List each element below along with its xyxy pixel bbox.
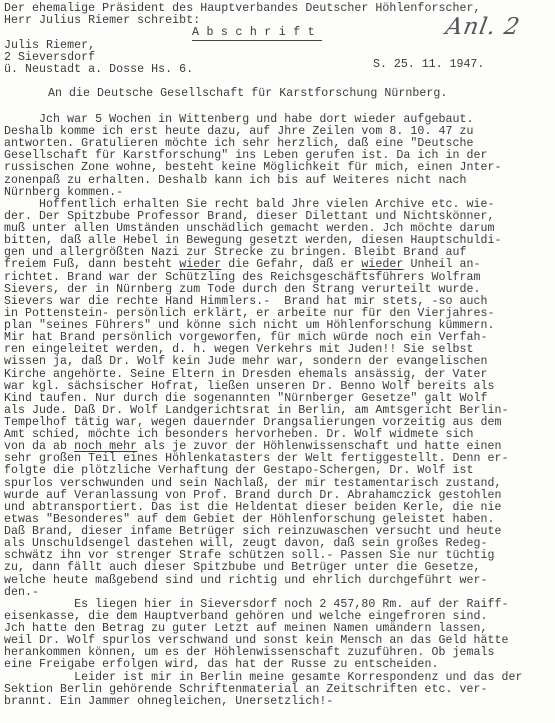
body-line: Sektion Berlin gehörende Schriftenmateri…: [4, 684, 488, 696]
body-line: folgte die plötzliche Verhaftung der Ges…: [4, 465, 474, 477]
header-line: Herr Julius Riemer schreibt:: [4, 15, 200, 27]
body-line: Kind taufen. Nur durch die sogenannten "…: [4, 393, 488, 405]
body-line: welche heute maßgebend sind und richtig …: [4, 575, 488, 587]
sender-address-line2: ü. Neustadt a. Dosse Hs. 6.: [4, 64, 193, 76]
underlined-phrase: wieder: [361, 258, 403, 271]
body-line: Nürnberg kommen.-: [4, 187, 123, 199]
body-line: eine Freigabe erfolgen wird, das hat der…: [4, 659, 438, 671]
body-line: spurlos verschwunden und sein Nachlaß, d…: [4, 478, 502, 490]
body-line: wurde auf Veranlassung von Prof. Brand d…: [4, 490, 502, 502]
body-line: den.-: [4, 587, 39, 599]
body-line: Kirche angehörte. Seine Eltern in Dresde…: [4, 369, 488, 381]
body-line: Sievers, der in Nürnberg zum Tode durch …: [4, 284, 481, 296]
body-line: richtet. Brand war der Schützling des Re…: [4, 272, 481, 284]
document-page: Der ehemalige Präsident des Hauptverband…: [0, 0, 555, 723]
recipient-line: An die Deutsche Gesellschaft für Karstfo…: [48, 88, 447, 100]
underlined-phrase: wieder: [179, 258, 221, 271]
letter-date: S. 25. 11. 1947.: [373, 58, 484, 71]
body-line: Es liegen hier in Sieversdorf noch 2 457…: [4, 599, 509, 611]
document-title: Abschrift: [192, 27, 322, 41]
body-line: russischen Zone wohne, besteht keine Mög…: [4, 162, 502, 174]
handwritten-annotation: Anl. 2: [444, 14, 523, 40]
body-line: zu, dann fällt auch dieser Spitzbube und…: [4, 562, 481, 574]
body-line: war kgl. sächsischer Hofrat, ließen unse…: [4, 381, 495, 393]
body-line: zonenpaß zu erhalten. Deshalb kann ich b…: [4, 175, 467, 187]
body-line: Leider ist mir in Berlin meine gesamte K…: [4, 672, 523, 684]
body-line: wissen ja, daß Dr. Wolf kein Jude mehr w…: [4, 356, 488, 368]
body-line: Sievers war die rechte Hand Himmlers.- B…: [4, 296, 488, 308]
underlined-phrase: noch mehr: [74, 440, 137, 453]
body-line: freiem Fuß, dann besteht wieder die Gefa…: [4, 259, 481, 271]
body-line: brannt. Ein Jammer ohnegleichen, Unerset…: [4, 696, 333, 708]
